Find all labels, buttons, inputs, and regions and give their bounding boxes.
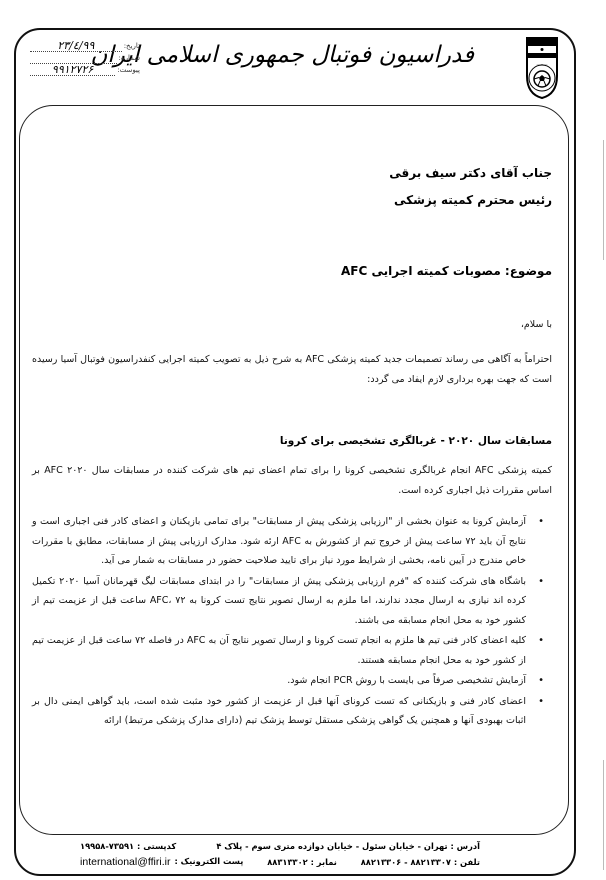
rule-text: آزمایش کرونا به عنوان بخشی از "ارزیابی پ… [32,516,526,566]
attachment-row: پیوست: ۹۹۱۲۷۲۶ [30,64,140,76]
section-lead-paragraph: کمیته پزشکی AFC انجام غربالگری تشخیصی کر… [32,461,552,500]
footer-email-link[interactable]: international@ffiri.ir [80,856,170,868]
letter-meta: تاریخ: ۹۹/٤/۲۳ شماره: پیوست: ۹۹۱۲۷۲۶ [30,40,140,76]
svg-text:— — —: — — — [537,62,548,66]
bullet-icon: • [538,631,544,651]
bullet-icon: • [538,512,544,532]
bullet-icon: • [538,572,544,592]
section-heading: مسابقات سال ۲۰۲۰ - غربالگری تشخیصی برای … [32,433,552,449]
date-row: تاریخ: ۹۹/٤/۲۳ [30,40,140,52]
footer-fax: نمابر : ۸۸۳۱۳۳۰۲ [267,857,337,867]
letter-content: جناب آقای دکتر سیف برقی رئیس محترم کمیته… [32,160,552,732]
list-item: • آزمایش کرونا به عنوان بخشی از "ارزیابی… [32,512,552,571]
footer-postal-code: کدپستی : ۷۳۵۹۱-۱۹۹۵۸ [80,841,176,851]
rule-text: باشگاه های شرکت کننده که "فرم ارزیابی پز… [32,576,526,626]
greeting: با سلام، [32,317,552,333]
list-item: • باشگاه های شرکت کننده که "فرم ارزیابی … [32,572,552,631]
list-item: • آزمایش تشخیصی صرفاً می بایست با روش PC… [32,671,552,691]
footer-phone: تلفن : ۸۸۲۱۳۳۰۷ - ۸۸۲۱۳۳۰۶ [361,857,480,867]
addressee-title: رئیس محترم کمیته پزشکی [32,187,552,214]
footer-address-row: آدرس : تهران - خیابان سئول - خیابان دواز… [80,838,480,854]
number-label: شماره: [119,52,140,64]
rule-text: کلیه اعضای کادر فنی تیم ها ملزم به انجام… [32,635,526,666]
footer-contact-row: تلفن : ۸۸۲۱۳۳۰۷ - ۸۸۲۱۳۳۰۶ نمابر : ۸۸۳۱۳… [80,854,480,870]
date-label: تاریخ: [124,40,140,52]
intro-paragraph: احتراماً به آگاهی می رساند تصمیمات جدید … [32,350,552,389]
bullet-icon: • [538,671,544,691]
letterhead-footer: آدرس : تهران - خیابان سئول - خیابان دواز… [80,838,480,872]
rule-text: آزمایش تشخیصی صرفاً می بایست با روش PCR … [287,675,526,686]
addressee-name: جناب آقای دکتر سیف برقی [32,160,552,187]
rule-text: اعضای کادر فنی و بازیکنانی که تست کرونای… [32,696,526,727]
attachment-value: ۹۹۱۲۷۲۶ [30,64,115,76]
federation-title: فدراسیون فوتبال جمهوری اسلامی ایران [174,42,474,82]
attachment-label: پیوست: [117,64,140,76]
letterhead-header: — — — فدراسیون فوتبال جمهوری اسلامی ایرا… [14,28,576,105]
footer-email-group: پست الکترونیک : international@ffiri.ir [80,856,243,868]
scan-edge-artifact [603,760,604,870]
footer-email-label: پست الکترونیک : [174,856,243,868]
scan-edge-artifact [603,140,604,260]
list-item: • اعضای کادر فنی و بازیکنانی که تست کرون… [32,692,552,731]
letter-page: — — — فدراسیون فوتبال جمهوری اسلامی ایرا… [0,0,606,880]
date-value: ۹۹/٤/۲۳ [30,40,122,52]
ffiri-emblem-icon: — — — [525,36,559,100]
bullet-icon: • [538,692,544,712]
rules-list: • آزمایش کرونا به عنوان بخشی از "ارزیابی… [32,512,552,731]
footer-address: آدرس : تهران - خیابان سئول - خیابان دواز… [216,841,480,851]
letter-subject: موضوع: مصوبات کمیته اجرایی AFC [32,262,552,280]
list-item: • کلیه اعضای کادر فنی تیم ها ملزم به انج… [32,631,552,670]
